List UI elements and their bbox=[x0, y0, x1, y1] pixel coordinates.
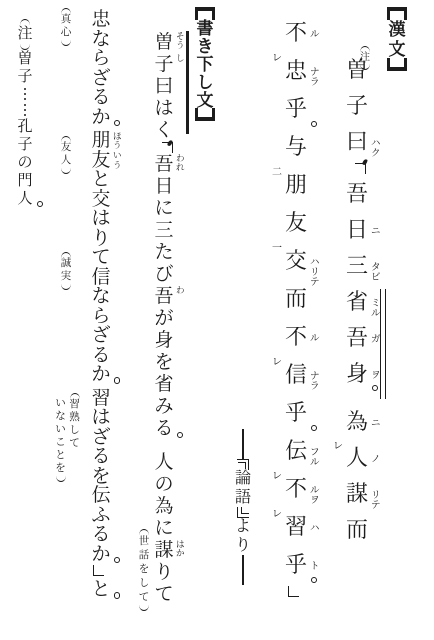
oparen bbox=[20, 19, 30, 25]
glyph: か bbox=[91, 108, 110, 127]
glyph: て bbox=[69, 439, 80, 450]
glyph: 曽 bbox=[17, 52, 32, 67]
obkt-glyph bbox=[385, 8, 409, 19]
cbkt bbox=[387, 58, 407, 71]
kaeriten: 二 bbox=[272, 168, 282, 178]
char-cell: 而 bbox=[344, 512, 370, 548]
glyph: 曽 bbox=[346, 59, 368, 81]
footnote-column: 注曽子孔子の門人 bbox=[15, 18, 35, 208]
glyph: か bbox=[91, 545, 110, 564]
char-cell: 語 bbox=[233, 488, 253, 507]
cbkt bbox=[195, 108, 215, 121]
glyph: な bbox=[91, 287, 110, 306]
glyph: て bbox=[154, 585, 173, 604]
glyph: い bbox=[55, 399, 66, 410]
period-mark bbox=[311, 577, 318, 584]
glyph: 謀 bbox=[346, 483, 368, 505]
glyph: き bbox=[197, 38, 214, 55]
glyph: ざ bbox=[91, 428, 110, 447]
glyph: 曰 bbox=[154, 77, 173, 96]
glyph: し bbox=[197, 74, 214, 91]
kakikudashi-text-line-2: 忠ならざるか朋ほう友いうと交はりて信ならざるか習はざるを伝ふるかと bbox=[90, 10, 112, 600]
char-cell: 人ノ bbox=[344, 440, 370, 476]
char-cell: み bbox=[153, 395, 175, 417]
glyph: 友 bbox=[61, 143, 72, 154]
glyph: を bbox=[91, 467, 110, 486]
cparen bbox=[56, 476, 66, 482]
char-cell: り bbox=[90, 229, 112, 249]
char-cell: 為ニレ bbox=[344, 404, 370, 440]
glyph: 真 bbox=[61, 15, 72, 26]
char-cell: 実 bbox=[58, 271, 74, 284]
obkt-glyph bbox=[193, 8, 217, 19]
gloss-sewa: 世話をして bbox=[136, 529, 152, 611]
char-cell: て bbox=[90, 248, 112, 268]
kanbun-textbook-page: 漢文 注 曽子曰ハク吾日ニ三タビ省ミル吾ガ身ヲ為ニレ人ノ謀リテ而 不ルレ忠ナラ乎… bbox=[0, 0, 434, 640]
char-cell: 人 bbox=[58, 155, 74, 168]
open1-glyph bbox=[153, 141, 175, 153]
char-cell: 信 bbox=[90, 268, 112, 288]
char-cell: る bbox=[153, 417, 175, 439]
cparen bbox=[61, 284, 71, 290]
char-cell: を bbox=[136, 563, 152, 577]
open2-glyph bbox=[233, 459, 253, 469]
glyph: 而 bbox=[285, 288, 307, 310]
glyph: 文 bbox=[389, 41, 406, 58]
char-cell: こ bbox=[53, 437, 68, 450]
glyph: 実 bbox=[61, 272, 72, 283]
furigana: ほう bbox=[113, 132, 122, 152]
glyph: 曰 bbox=[346, 131, 368, 153]
okurigana: ハ bbox=[310, 524, 320, 534]
char-cell: 曽 bbox=[15, 50, 35, 68]
gloss-shujuku-line-2: いないことを bbox=[53, 398, 68, 482]
char-cell: る bbox=[90, 447, 112, 467]
glyph: 人 bbox=[154, 453, 173, 472]
glyph: 交 bbox=[285, 250, 307, 272]
glyph: 吾 bbox=[154, 155, 173, 174]
glyph: こ bbox=[55, 438, 66, 449]
vertical-dash bbox=[242, 555, 243, 570]
char-cell: か bbox=[90, 545, 112, 565]
okurigana: ノ bbox=[371, 455, 381, 465]
okurigana: リテ bbox=[371, 491, 381, 512]
okurigana: ト bbox=[310, 562, 320, 572]
char-cell: 子 bbox=[15, 68, 35, 86]
char-cell: 吾ガ bbox=[344, 320, 370, 356]
glyph: と bbox=[91, 580, 110, 599]
period-mark bbox=[114, 592, 121, 599]
close1 bbox=[288, 586, 299, 597]
kanbun-text-line-2: 不ルレ忠ナラ乎与二朋友一交ハリテ而不ルレ信ナラ乎伝フルレ不ルヲレ習ハ乎ト bbox=[283, 14, 309, 598]
gloss-makokoro: 真心 bbox=[58, 8, 74, 46]
glyph: 日 bbox=[154, 177, 173, 196]
glyph: 三 bbox=[154, 221, 173, 240]
open1 bbox=[355, 163, 366, 174]
glyph: 門 bbox=[17, 174, 32, 189]
char-cell: 真 bbox=[58, 14, 74, 27]
glyph: 而 bbox=[346, 519, 368, 541]
glyph: と bbox=[55, 451, 66, 462]
dash-glyph bbox=[233, 429, 253, 444]
glyph: 乎 bbox=[285, 98, 307, 120]
char-cell: 下 bbox=[193, 55, 217, 73]
char-cell: 話 bbox=[136, 549, 152, 563]
char-cell: 文 bbox=[385, 39, 409, 59]
char-cell: よ bbox=[233, 517, 253, 536]
glyph: の bbox=[154, 475, 173, 494]
glyph: 為 bbox=[154, 497, 173, 516]
glyph: は bbox=[154, 99, 173, 118]
char-cell: 曽そう bbox=[153, 31, 175, 53]
open1-glyph bbox=[344, 160, 370, 176]
period-mark bbox=[372, 385, 379, 392]
gloss-seijitsu: 誠実 bbox=[58, 252, 74, 290]
char-cell: て bbox=[136, 591, 152, 605]
cbkt-glyph bbox=[385, 59, 409, 70]
cparen bbox=[61, 168, 71, 174]
dash-glyph bbox=[233, 444, 253, 459]
period-mark bbox=[37, 201, 44, 208]
char-cell: る bbox=[90, 88, 112, 108]
kaeriten: レ bbox=[272, 54, 282, 64]
vertical-dash bbox=[242, 570, 243, 585]
glyph: び bbox=[154, 265, 173, 284]
okurigana: ニ bbox=[371, 227, 381, 237]
glyph: ざ bbox=[91, 69, 110, 88]
char-cell: の bbox=[15, 154, 35, 172]
char-cell: の bbox=[153, 473, 175, 495]
char-cell: な bbox=[90, 30, 112, 50]
vertical-ellipsis bbox=[24, 102, 26, 118]
glyph: 心 bbox=[61, 28, 72, 39]
kaeriten: レ bbox=[333, 442, 343, 452]
glyph: の bbox=[17, 156, 32, 171]
okurigana: ハク bbox=[371, 139, 381, 160]
kaeriten: レ bbox=[272, 472, 282, 482]
glyph: 世 bbox=[139, 537, 150, 548]
glyph: 信 bbox=[91, 268, 110, 287]
char-cell: 世 bbox=[136, 535, 152, 549]
char-cell: を bbox=[153, 351, 175, 373]
char-cell: を bbox=[53, 463, 68, 476]
char-cell: 与二 bbox=[283, 128, 309, 166]
char-cell: 乎 bbox=[283, 90, 309, 128]
char-cell: 三 bbox=[153, 219, 175, 241]
glyph: 注 bbox=[17, 27, 32, 42]
glyph: 友 bbox=[285, 212, 307, 234]
char-cell: 子 bbox=[15, 136, 35, 154]
period-mark bbox=[311, 425, 318, 432]
char-cell: 伝フルレ bbox=[283, 432, 309, 470]
oparen-glyph bbox=[15, 18, 35, 25]
glyph: 三 bbox=[346, 255, 368, 277]
char-cell: 不ルヲレ bbox=[283, 470, 309, 508]
char-cell: に bbox=[153, 517, 175, 539]
glyph: 忠 bbox=[285, 60, 307, 82]
glyph: ら bbox=[91, 49, 110, 68]
char-cell: 省 bbox=[153, 373, 175, 395]
char-cell: 習ハ bbox=[283, 508, 309, 546]
close2-glyph bbox=[233, 507, 253, 517]
char-cell: 友いう bbox=[90, 151, 112, 171]
char-cell: く bbox=[153, 119, 175, 141]
glyph: 子 bbox=[17, 138, 32, 153]
glyph: に bbox=[154, 199, 173, 218]
glyph: 朋 bbox=[91, 131, 110, 150]
glyph: 伝 bbox=[91, 486, 110, 505]
glyph: 身 bbox=[346, 363, 368, 385]
gloss-shujuku-line-1: 習熟して bbox=[67, 393, 82, 451]
glyph: 人 bbox=[346, 447, 368, 469]
kaeriten: 一 bbox=[272, 244, 282, 254]
furigana: いう bbox=[113, 151, 122, 171]
glyph: を bbox=[154, 353, 173, 372]
glyph: な bbox=[91, 30, 110, 49]
glyph: 語 bbox=[235, 490, 251, 506]
glyph: り bbox=[235, 538, 251, 554]
char-cell: 謀はか bbox=[153, 539, 175, 561]
char-cell: び bbox=[153, 263, 175, 285]
okurigana: タビ bbox=[371, 263, 381, 284]
char-cell: 習 bbox=[90, 389, 112, 409]
glyph: る bbox=[154, 419, 173, 438]
char-cell: 交 bbox=[90, 190, 112, 210]
kaeriten: レ bbox=[272, 358, 282, 368]
glyph: 与 bbox=[285, 136, 307, 158]
close2 bbox=[237, 507, 249, 518]
glyph: 子 bbox=[17, 70, 32, 85]
glyph: 不 bbox=[285, 478, 307, 500]
char-cell: か bbox=[90, 365, 112, 385]
char-cell: 心 bbox=[58, 27, 74, 40]
char-cell: が bbox=[153, 307, 175, 329]
glyph: り bbox=[154, 563, 173, 582]
glyph: た bbox=[154, 243, 173, 262]
glyph: 誠 bbox=[61, 259, 72, 270]
close1-glyph bbox=[283, 584, 309, 598]
char-cell: な bbox=[53, 411, 68, 424]
close1 bbox=[93, 565, 104, 576]
glyph: ら bbox=[91, 307, 110, 326]
char-cell: 誠 bbox=[58, 258, 74, 271]
char-cell: 曰ハク bbox=[344, 124, 370, 160]
char-cell: き bbox=[193, 37, 217, 55]
glyph: り bbox=[91, 229, 110, 248]
glyph: 漢 bbox=[389, 21, 406, 38]
glyph: 交 bbox=[91, 190, 110, 209]
glyph: み bbox=[154, 397, 173, 416]
char-cell: 日 bbox=[153, 175, 175, 197]
char-cell: 子し bbox=[153, 53, 175, 75]
char-cell: る bbox=[90, 525, 112, 545]
bold-side-line-emphasis bbox=[186, 31, 189, 134]
glyph: 習 bbox=[69, 400, 80, 411]
vertical-dash bbox=[242, 444, 243, 459]
dots-glyph bbox=[15, 102, 35, 118]
char-cell: 熟 bbox=[67, 412, 82, 425]
glyph: 子 bbox=[346, 95, 368, 117]
glyph: 身 bbox=[154, 331, 173, 350]
char-cell: ざ bbox=[90, 326, 112, 346]
char-cell: 吾われ bbox=[153, 153, 175, 175]
char-cell: 三タビ bbox=[344, 248, 370, 284]
char-cell: 朋 bbox=[283, 166, 309, 204]
glyph: 友 bbox=[91, 151, 110, 170]
okurigana: ル bbox=[310, 334, 320, 344]
okurigana: ニ bbox=[371, 419, 381, 429]
char-cell: 曽 bbox=[344, 52, 370, 88]
char-cell: 日ニ bbox=[344, 212, 370, 248]
char-cell: 謀リテ bbox=[344, 476, 370, 512]
char-cell: 忠ナラ bbox=[283, 52, 309, 90]
glyph: 不 bbox=[285, 326, 307, 348]
cparen-glyph bbox=[53, 476, 68, 482]
glyph: 話 bbox=[139, 551, 150, 562]
okurigana: ル bbox=[310, 30, 320, 40]
char-cell: 身 bbox=[153, 329, 175, 351]
cparen bbox=[139, 605, 149, 611]
char-cell: 友一 bbox=[283, 204, 309, 242]
cbkt-glyph bbox=[193, 109, 217, 120]
open1 bbox=[162, 142, 173, 153]
kaeriten: レ bbox=[272, 510, 282, 520]
glyph: な bbox=[55, 412, 66, 423]
glyph: 不 bbox=[285, 22, 307, 44]
glyph: か bbox=[91, 365, 110, 384]
char-cell: た bbox=[153, 241, 175, 263]
gloss-yujin: 友人 bbox=[58, 136, 74, 174]
dots-glyph bbox=[15, 86, 35, 102]
glyph: 吾 bbox=[154, 287, 173, 306]
glyph: は bbox=[91, 209, 110, 228]
kakikudashi-text-line-1: 曽そう子し曰はく吾われ日に三たび吾わが身を省みる人の為に謀はかりて bbox=[153, 31, 175, 605]
period-mark bbox=[177, 432, 184, 439]
cparen-glyph bbox=[15, 43, 35, 50]
glyph: 習 bbox=[91, 389, 110, 408]
open2 bbox=[237, 459, 249, 470]
glyph: 曽 bbox=[154, 33, 173, 52]
okurigana: ハリテ bbox=[310, 258, 320, 289]
char-cell: 不ルレ bbox=[283, 14, 309, 52]
glyph: 省 bbox=[154, 375, 173, 394]
char-cell: 注 bbox=[15, 25, 35, 43]
char-cell: 門 bbox=[15, 172, 35, 190]
glyph: 習 bbox=[285, 516, 307, 538]
glyph: 為 bbox=[346, 411, 368, 433]
char-cell: し bbox=[193, 73, 217, 91]
char-cell: 為 bbox=[153, 495, 175, 517]
double-side-line-emphasis bbox=[380, 289, 386, 399]
source-attribution: 論語より bbox=[233, 429, 253, 585]
char-cell: ふ bbox=[90, 506, 112, 526]
period-mark bbox=[114, 557, 121, 564]
glyph: て bbox=[91, 248, 110, 267]
char-cell: 不ルレ bbox=[283, 318, 309, 356]
dash-glyph bbox=[233, 570, 253, 585]
char-cell: 交ハリテ bbox=[283, 242, 309, 280]
char-cell: ざ bbox=[90, 428, 112, 448]
glyph: る bbox=[91, 447, 110, 466]
glyph: と bbox=[91, 170, 110, 189]
char-cell: 朋ほう bbox=[90, 131, 112, 151]
period-mark bbox=[114, 120, 121, 127]
char-cell: い bbox=[53, 424, 68, 437]
glyph: 忠 bbox=[91, 10, 110, 29]
char-cell: 乎ト bbox=[283, 546, 309, 584]
char-cell: 書 bbox=[193, 19, 217, 37]
glyph: が bbox=[154, 309, 173, 328]
furigana: はか bbox=[176, 540, 185, 560]
glyph: 吾 bbox=[346, 183, 368, 205]
glyph: 信 bbox=[285, 364, 307, 386]
char-cell: 子 bbox=[344, 88, 370, 124]
glyph: 乎 bbox=[285, 402, 307, 424]
char-cell: に bbox=[153, 197, 175, 219]
kanbun-section-header: 漢文 bbox=[385, 8, 409, 70]
cparen bbox=[61, 40, 71, 46]
glyph: し bbox=[69, 426, 80, 437]
char-cell: と bbox=[90, 170, 112, 190]
char-cell: 論 bbox=[233, 469, 253, 488]
char-cell: ざ bbox=[90, 69, 112, 89]
glyph: 吾 bbox=[346, 327, 368, 349]
char-cell: し bbox=[67, 425, 82, 438]
char-cell: な bbox=[90, 287, 112, 307]
glyph: に bbox=[154, 519, 173, 538]
glyph: 朋 bbox=[285, 174, 307, 196]
char-cell: 忠 bbox=[90, 10, 112, 30]
glyph: 子 bbox=[154, 55, 173, 74]
char-cell: 信ナラ bbox=[283, 356, 309, 394]
char-cell: 人 bbox=[153, 451, 175, 473]
char-cell: 漢 bbox=[385, 19, 409, 39]
period-mark bbox=[311, 121, 318, 128]
glyph: 日 bbox=[346, 219, 368, 241]
char-cell: は bbox=[90, 209, 112, 229]
glyph: 文 bbox=[197, 92, 214, 109]
furigana: われ bbox=[176, 154, 185, 174]
glyph: は bbox=[91, 408, 110, 427]
char-cell: 吾 bbox=[344, 176, 370, 212]
glyph: 人 bbox=[61, 156, 72, 167]
char-cell: 習 bbox=[67, 399, 82, 412]
char-cell: て bbox=[67, 438, 82, 451]
glyph: よ bbox=[235, 519, 251, 535]
char-cell: り bbox=[153, 561, 175, 583]
char-cell: と bbox=[53, 450, 68, 463]
char-cell: 伝 bbox=[90, 486, 112, 506]
glyph: い bbox=[55, 425, 66, 436]
char-cell: し bbox=[136, 577, 152, 591]
char-cell: 而 bbox=[283, 280, 309, 318]
glyph: 謀 bbox=[154, 541, 173, 560]
kakikudashi-section-header: 書き下し文 bbox=[193, 8, 217, 120]
glyph: 下 bbox=[197, 56, 214, 73]
char-cell: は bbox=[90, 408, 112, 428]
glyph: 乎 bbox=[285, 554, 307, 576]
char-cell: 人 bbox=[15, 190, 35, 208]
glyph: る bbox=[91, 525, 110, 544]
okurigana: ナラ bbox=[310, 68, 320, 89]
vertical-dash bbox=[242, 429, 243, 444]
glyph: る bbox=[91, 88, 110, 107]
char-cell: か bbox=[90, 108, 112, 128]
glyph: ざ bbox=[91, 326, 110, 345]
cparen bbox=[20, 44, 30, 50]
char-cell: 文 bbox=[193, 91, 217, 109]
furigana: そう bbox=[176, 32, 185, 52]
